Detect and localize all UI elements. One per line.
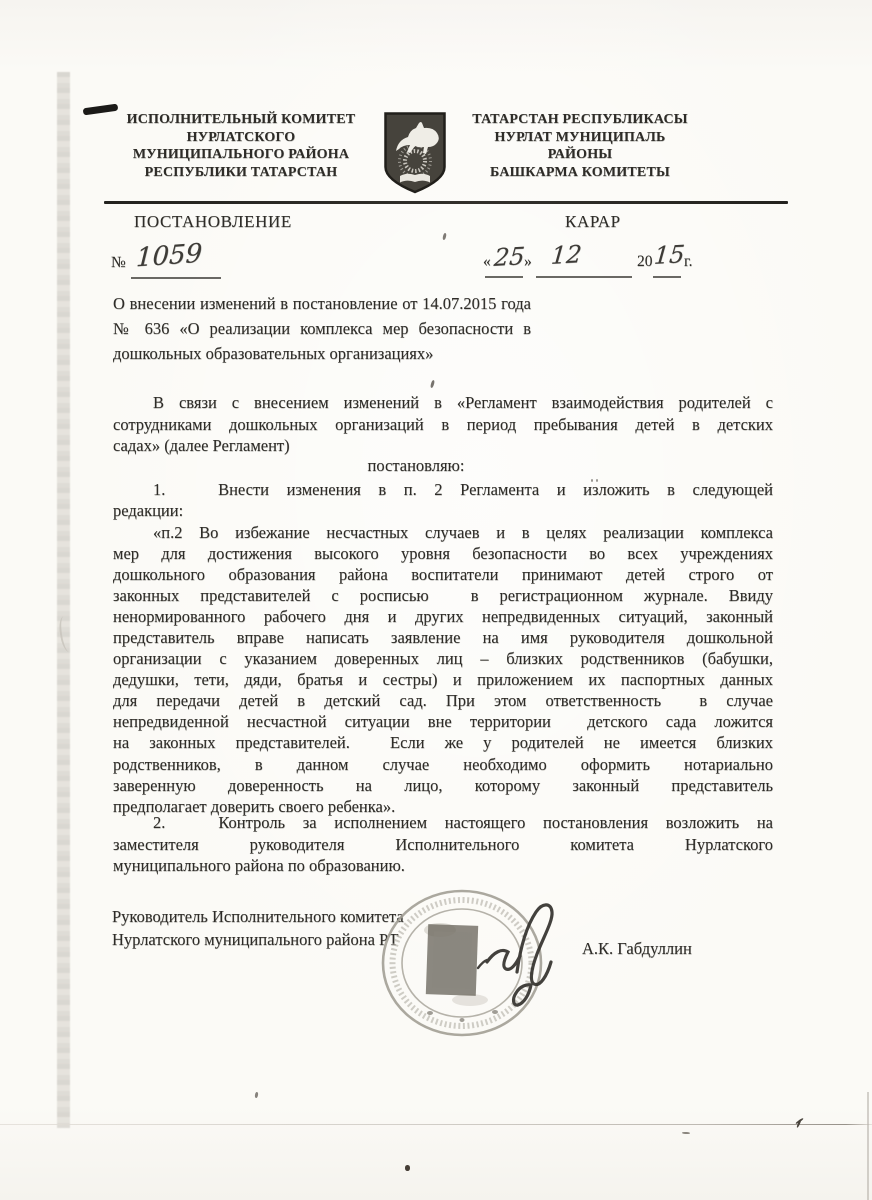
org-line: БАШКАРМА КОМИТЕТЫ: [450, 164, 710, 182]
day-underline: [485, 276, 523, 278]
body-line: В связи с внесением изменений в «Регламе…: [113, 392, 773, 414]
number-label: №: [111, 254, 126, 272]
resolve-word: постановляю:: [113, 456, 719, 476]
handwritten-day: 25: [493, 242, 526, 272]
body-line: садах» (далее Регламент): [113, 435, 773, 457]
date-open-quote: «: [483, 253, 491, 271]
clause-p2-paragraph: «п.2 Во избежание несчастных случаев и в…: [113, 522, 773, 817]
org-line: НУРЛАТСКОГО: [112, 129, 370, 147]
scan-right-edge-shadow: [867, 1092, 869, 1200]
issuer-name-tatar: ТАТАРСТАН РЕСПУБЛИКАСЫ НУРЛАТ МУНИЦИПАЛЬ…: [450, 111, 710, 181]
issuer-name-russian: ИСПОЛНИТЕЛЬНЫЙ КОМИТЕТ НУРЛАТСКОГО МУНИЦ…: [112, 111, 370, 181]
body-line: редакции:: [113, 500, 773, 521]
doc-type-tatar: КАРАР: [565, 212, 621, 232]
body-line: ненормированного рабочего дня и других н…: [113, 606, 773, 627]
month-underline: [536, 276, 632, 278]
scan-edge-shadow: [57, 72, 70, 1128]
body-line: заместителя руководителя Исполнительного…: [113, 834, 773, 856]
body-line: заверенную доверенность на лицо, котором…: [113, 775, 773, 796]
ink-speck: [405, 1165, 410, 1171]
number-underline: [131, 277, 221, 279]
body-line: муниципального района по образованию.: [113, 855, 773, 877]
date-suffix: г.: [684, 253, 692, 271]
ink-speck: [430, 380, 435, 389]
ink-speck: [442, 233, 447, 241]
body-line: сотрудниками дошкольных организаций в пе…: [113, 414, 773, 436]
body-line: непредвиденной несчастной ситуации вне т…: [113, 711, 773, 732]
org-line: ТАТАРСТАН РЕСПУБЛИКАСЫ: [450, 111, 710, 129]
subject-line: дошкольных образовательных организациях»: [113, 341, 531, 366]
body-line: для передачи детей в детский сад. При эт…: [113, 690, 773, 711]
body-line: родственников, в данном случае необходим…: [113, 754, 773, 775]
body-line: организации с указанием доверенных лиц –…: [113, 648, 773, 669]
date-century: 20: [637, 253, 653, 271]
item-1-paragraph: 1. Внести изменения в п. 2 Регламента и …: [113, 479, 773, 522]
org-line: РЕСПУБЛИКИ ТАТАРСТАН: [112, 164, 370, 182]
item-2-paragraph: 2. Контроль за исполнением настоящего по…: [113, 812, 773, 877]
letterhead-divider-rule: [104, 201, 788, 204]
date-close-quote: »: [524, 253, 532, 271]
org-line: РАЙОНЫ: [450, 146, 710, 164]
body-line: законных представителей с росписью в рег…: [113, 585, 773, 606]
subject-line: № 636 «О реализации комплекса мер безопа…: [113, 316, 531, 341]
subject-paragraph: О внесении изменений в постановление от …: [113, 291, 531, 366]
body-line: дошкольного образования района воспитате…: [113, 564, 773, 585]
org-line: НУРЛАТ МУНИЦИПАЛЬ: [450, 129, 710, 147]
scanned-document-page: ИСПОЛНИТЕЛЬНЫЙ КОМИТЕТ НУРЛАТСКОГО МУНИЦ…: [0, 0, 872, 1200]
year-underline: [653, 276, 681, 278]
body-line: представитель вправе написать заявление …: [113, 627, 773, 648]
handwritten-month: 12: [550, 240, 583, 270]
page-fold-line: [0, 1124, 872, 1125]
org-line: ИСПОЛНИТЕЛЬНЫЙ КОМИТЕТ: [112, 111, 370, 129]
intro-paragraph: В связи с внесением изменений в «Регламе…: [113, 392, 773, 457]
body-line: на законных представителей. Если же у ро…: [113, 732, 773, 753]
org-line: МУНИЦИПАЛЬНОГО РАЙОНА: [112, 146, 370, 164]
handwritten-year: 15: [653, 240, 686, 270]
body-line: 1. Внести изменения в п. 2 Регламента и …: [113, 479, 773, 500]
body-line: дедушки, тети, дяди, братья и сестры) и …: [113, 669, 773, 690]
body-line: 2. Контроль за исполнением настоящего по…: [113, 812, 773, 834]
ink-speck: [682, 1132, 690, 1134]
doc-type-russian: ПОСТАНОВЛЕНИЕ: [134, 212, 292, 232]
coat-of-arms-icon: [383, 111, 447, 195]
ink-speck: [255, 1092, 259, 1098]
handwritten-document-number: 1059: [135, 239, 203, 274]
body-line: «п.2 Во избежание несчастных случаев и в…: [113, 522, 773, 543]
subject-line: О внесении изменений в постановление от …: [113, 291, 531, 316]
body-line: мер для достижения высокого уровня безоп…: [113, 543, 773, 564]
official-stamp-and-signature: [368, 876, 604, 1066]
